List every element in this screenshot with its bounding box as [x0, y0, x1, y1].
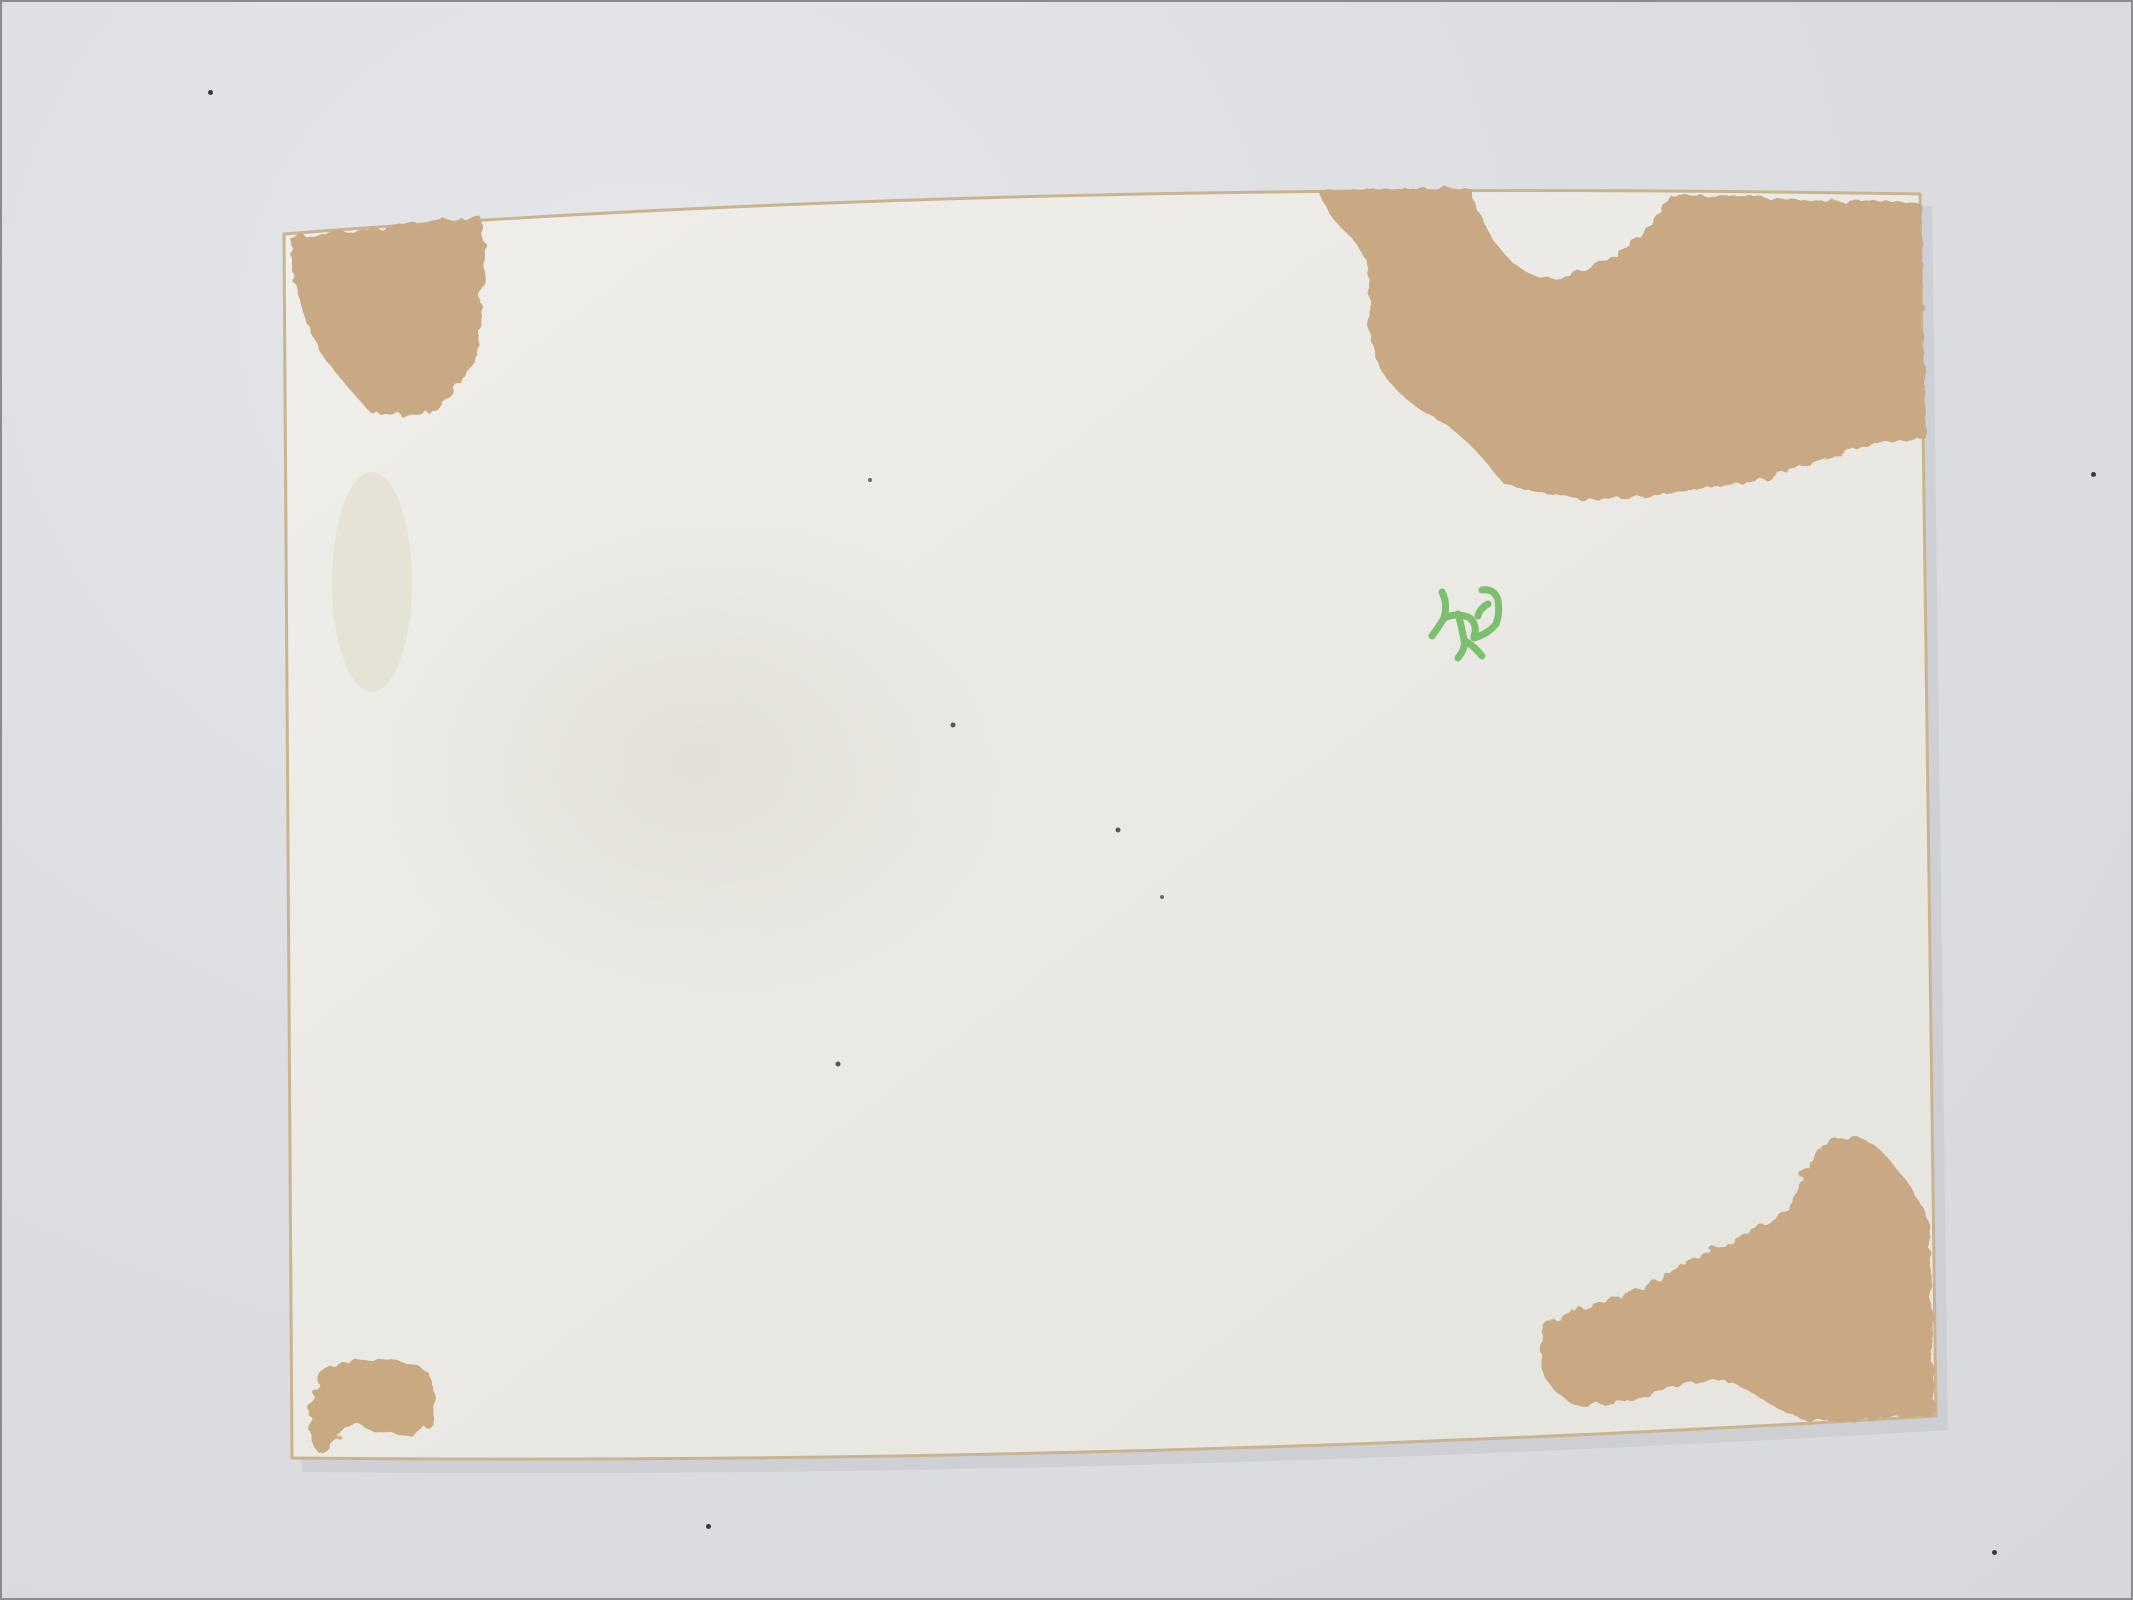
card-fleck: [1116, 828, 1121, 833]
faint-discoloration: [332, 472, 412, 692]
stained-card: [2, 2, 2133, 1600]
card-fleck: [1160, 895, 1164, 899]
card-fleck: [868, 478, 872, 482]
photo-frame: Stained card reverse with green monogram: [0, 0, 2133, 1600]
card-fleck: [836, 1062, 841, 1067]
card-fleck: [951, 723, 956, 728]
